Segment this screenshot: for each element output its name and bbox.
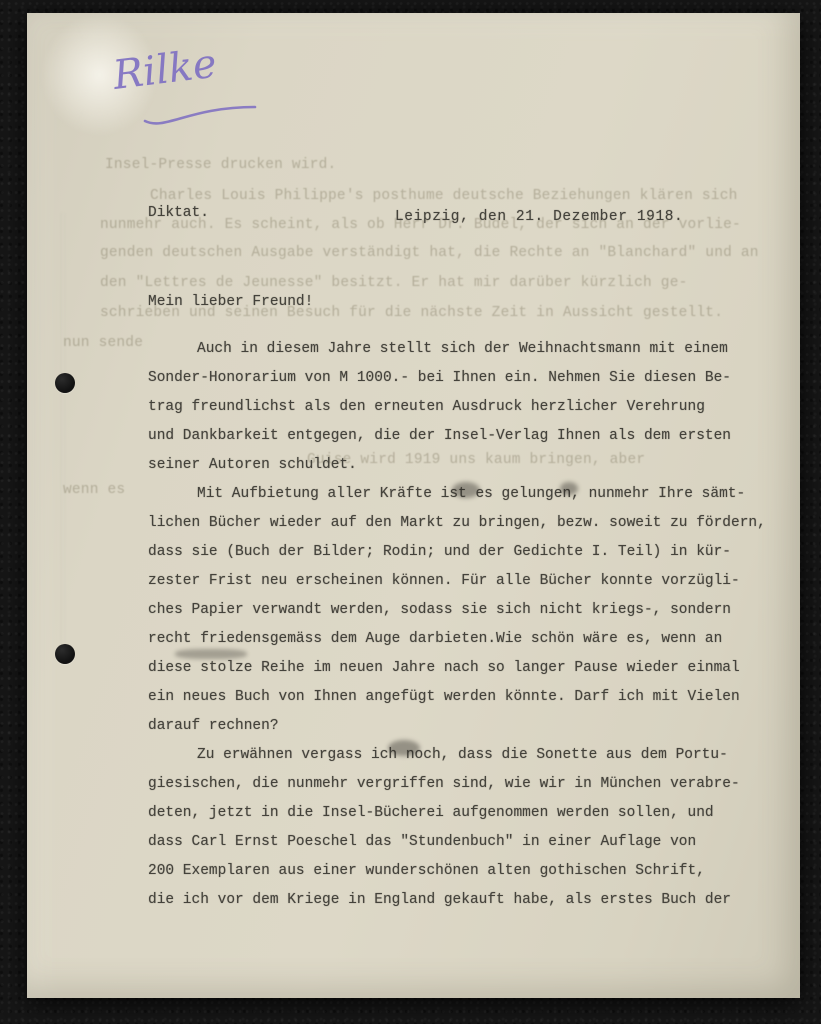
letter-line: dass sie (Buch der Bilder; Rodin; und de…	[148, 538, 782, 567]
ghost-line: wenn es	[63, 483, 125, 498]
letter-line: seiner Autoren schuldet.	[148, 451, 782, 480]
ink-smudge	[452, 482, 480, 498]
fold-crease	[61, 213, 65, 653]
punch-hole-top	[55, 373, 75, 393]
ghost-line: nun sende	[63, 336, 143, 351]
letter-body: Auch in diesem Jahre stellt sich der Wei…	[148, 335, 782, 915]
ghost-line: Charles Louis Philippe's posthume deutsc…	[150, 189, 738, 204]
letter-line: zester Frist neu erscheinen können. Für …	[148, 567, 782, 596]
handwritten-annotation: Rilke	[97, 41, 327, 141]
ghost-line: genden deutschen Ausgabe verständigt hat…	[100, 246, 759, 261]
letter-line: ein neues Buch von Ihnen angefügt werden…	[148, 683, 782, 712]
letter-line: dass Carl Ernst Poeschel das "Stundenbuc…	[148, 828, 782, 857]
letter-line: Zu erwähnen vergass ich noch, dass die S…	[148, 741, 782, 770]
ink-smudge	[175, 649, 247, 659]
letter-line: ches Papier verwandt werden, sodass sie …	[148, 596, 782, 625]
letter-line: Auch in diesem Jahre stellt sich der Wei…	[148, 335, 782, 364]
letter-line: lichen Bücher wieder auf den Markt zu br…	[148, 509, 782, 538]
ink-smudge	[560, 482, 578, 495]
letter-line: trag freundlichst als den erneuten Ausdr…	[148, 393, 782, 422]
letter-line: darauf rechnen?	[148, 712, 782, 741]
letter-page: Insel-Presse drucken wird. Charles Louis…	[27, 13, 800, 998]
letter-line: die ich vor dem Kriege in England gekauf…	[148, 886, 782, 915]
salutation: Mein lieber Freund!	[148, 294, 313, 310]
ink-smudge	[388, 740, 420, 756]
letter-line: giesischen, die nunmehr vergriffen sind,…	[148, 770, 782, 799]
scan-background: { "colors": { "background": "#161616", "…	[0, 0, 821, 1024]
ghost-line: den "Lettres de Jeunesse" besitzt. Er ha…	[100, 276, 688, 291]
letter-line: Sonder-Honorarium von M 1000.- bei Ihnen…	[148, 364, 782, 393]
annotation-text: Rilke	[110, 41, 219, 99]
dictation-label: Diktat.	[148, 205, 209, 221]
annotation-underline	[145, 107, 255, 123]
letter-line: diese stolze Reihe im neuen Jahre nach s…	[148, 654, 782, 683]
punch-hole-bottom	[55, 644, 75, 664]
letter-line: und Dankbarkeit entgegen, die der Insel-…	[148, 422, 782, 451]
letter-line: 200 Exemplaren aus einer wunderschönen a…	[148, 857, 782, 886]
dateline: Leipzig, den 21. Dezember 1918.	[395, 209, 683, 225]
letter-line: deten, jetzt in die Insel-Bücherei aufge…	[148, 799, 782, 828]
ghost-line: Insel-Presse drucken wird.	[105, 158, 336, 173]
letter-line: recht friedensgemäss dem Auge darbieten.…	[148, 625, 782, 654]
